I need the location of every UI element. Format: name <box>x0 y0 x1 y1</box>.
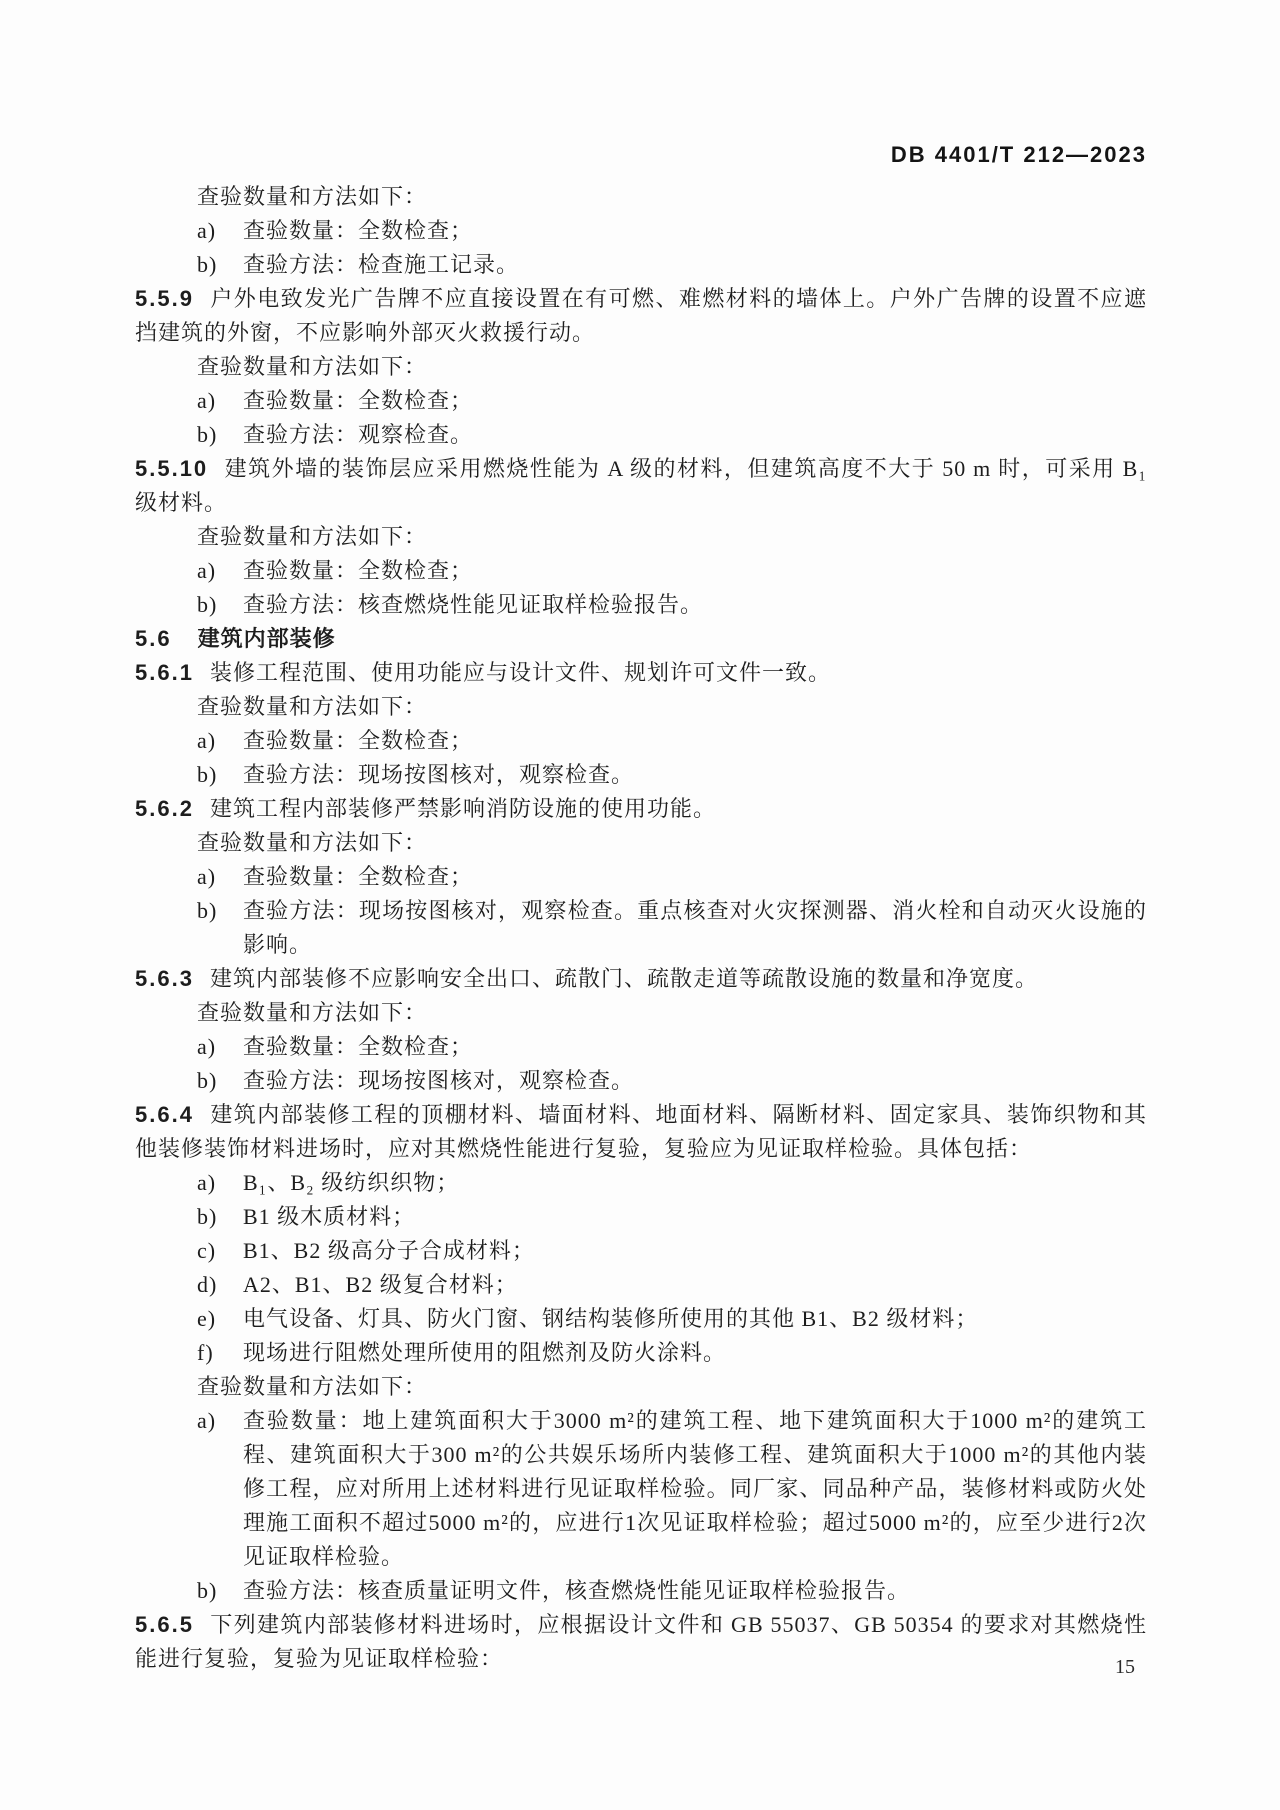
list-item: a)查验数量：全数检查； <box>135 214 1147 248</box>
list-item: b)查验方法：观察检查。 <box>135 418 1147 452</box>
standard-number: DB 4401/T 212—2023 <box>891 142 1147 167</box>
list-item: b)查验方法：核查质量证明文件，核查燃烧性能见证取样检验报告。 <box>135 1574 1147 1608</box>
clause-paragraph: 5.5.9户外电致发光广告牌不应直接设置在有可燃、难燃材料的墙体上。户外广告牌的… <box>135 282 1147 350</box>
list-item: d)A2、B1、B2 级复合材料； <box>135 1268 1147 1302</box>
list-item-text: 现场进行阻燃处理所使用的阻燃剂及防火涂料。 <box>243 1336 1147 1370</box>
section-heading-title: 建筑内部装修 <box>198 626 336 651</box>
list-item-marker: d) <box>197 1268 243 1302</box>
list-item: a)查验数量：全数检查； <box>135 1030 1147 1064</box>
inspection-intro-line: 查验数量和方法如下： <box>135 826 1147 860</box>
clause-text: 建筑内部装修工程的顶棚材料、墙面材料、地面材料、隔断材料、固定家具、装饰织物和其… <box>135 1102 1147 1161</box>
list-item-marker: a) <box>197 1166 243 1200</box>
clause-number: 5.6.5 <box>135 1612 194 1637</box>
list-item: b)查验方法：现场按图核对，观察检查。 <box>135 1064 1147 1098</box>
clause-number: 5.6.2 <box>135 796 194 821</box>
clause-text: 建筑工程内部装修严禁影响消防设施的使用功能。 <box>210 796 716 821</box>
list-item-marker: b) <box>197 588 243 622</box>
clause-paragraph: 5.5.10建筑外墙的装饰层应采用燃烧性能为 A 级的材料，但建筑高度不大于 5… <box>135 452 1147 520</box>
page-header: DB 4401/T 212—2023 <box>135 140 1147 170</box>
clause-paragraph: 5.6.1装修工程范围、使用功能应与设计文件、规划许可文件一致。 <box>135 656 1147 690</box>
list-item-text: 查验方法：现场按图核对，观察检查。 <box>243 1064 1147 1098</box>
list-item-text: 查验方法：现场按图核对，观察检查。重点核查对火灾探测器、消火栓和自动灭火设施的影… <box>243 894 1147 962</box>
list-item: b)查验方法：检查施工记录。 <box>135 248 1147 282</box>
list-item-marker: a) <box>197 384 243 418</box>
list-item-marker: b) <box>197 1574 243 1608</box>
list-item-marker: a) <box>197 1404 243 1574</box>
clause-text: 装修工程范围、使用功能应与设计文件、规划许可文件一致。 <box>210 660 831 685</box>
clause-number: 5.5.9 <box>135 286 194 311</box>
clause-text: 建筑外墙的装饰层应采用燃烧性能为 A 级的材料，但建筑高度不大于 50 m 时，… <box>135 456 1147 515</box>
clause-paragraph: 5.6.5下列建筑内部装修材料进场时，应根据设计文件和 GB 55037、GB … <box>135 1608 1147 1676</box>
list-item-marker: f) <box>197 1336 243 1370</box>
clause-text: 建筑内部装修不应影响安全出口、疏散门、疏散走道等疏散设施的数量和净宽度。 <box>210 966 1038 991</box>
list-item: b)B1 级木质材料； <box>135 1200 1147 1234</box>
list-item-marker: c) <box>197 1234 243 1268</box>
list-item: b)查验方法：核查燃烧性能见证取样检验报告。 <box>135 588 1147 622</box>
clause-text: 下列建筑内部装修材料进场时，应根据设计文件和 GB 55037、GB 50354… <box>135 1612 1147 1671</box>
list-item-text: 查验数量：全数检查； <box>243 1030 1147 1064</box>
list-item-text: 查验方法：现场按图核对，观察检查。 <box>243 758 1147 792</box>
clause-paragraph: 5.6.3建筑内部装修不应影响安全出口、疏散门、疏散走道等疏散设施的数量和净宽度… <box>135 962 1147 996</box>
inspection-intro-line: 查验数量和方法如下： <box>135 520 1147 554</box>
inspection-intro-line: 查验数量和方法如下： <box>135 180 1147 214</box>
list-item: a)查验数量：全数检查； <box>135 384 1147 418</box>
list-item-text: 查验数量：全数检查； <box>243 860 1147 894</box>
clause-number: 5.6.3 <box>135 966 194 991</box>
list-item: a)查验数量：全数检查； <box>135 554 1147 588</box>
list-item-text: 查验方法：观察检查。 <box>243 418 1147 452</box>
page-number: 15 <box>1115 1650 1135 1684</box>
inspection-intro-line: 查验数量和方法如下： <box>135 350 1147 384</box>
inspection-intro-line: 查验数量和方法如下： <box>135 1370 1147 1404</box>
list-item-marker: e) <box>197 1302 243 1336</box>
clause-number: 5.5.10 <box>135 456 208 481</box>
list-item-marker: a) <box>197 554 243 588</box>
section-heading-number: 5.6 <box>135 626 172 651</box>
clause-number: 5.6.4 <box>135 1102 194 1127</box>
list-item-marker: b) <box>197 758 243 792</box>
clause-number: 5.6.1 <box>135 660 194 685</box>
clause-paragraph: 5.6.2建筑工程内部装修严禁影响消防设施的使用功能。 <box>135 792 1147 826</box>
list-item-text: B1、B2 级高分子合成材料； <box>243 1234 1147 1268</box>
list-item-text: 查验方法：核查燃烧性能见证取样检验报告。 <box>243 588 1147 622</box>
list-item-marker: b) <box>197 1064 243 1098</box>
list-item-marker: b) <box>197 894 243 962</box>
list-item: b)查验方法：现场按图核对，观察检查。重点核查对火灾探测器、消火栓和自动灭火设施… <box>135 894 1147 962</box>
list-item-text: A2、B1、B2 级复合材料； <box>243 1268 1147 1302</box>
list-item: e)电气设备、灯具、防火门窗、钢结构装修所使用的其他 B1、B2 级材料； <box>135 1302 1147 1336</box>
list-item: f)现场进行阻燃处理所使用的阻燃剂及防火涂料。 <box>135 1336 1147 1370</box>
list-item-marker: a) <box>197 214 243 248</box>
clause-paragraph: 5.6.4建筑内部装修工程的顶棚材料、墙面材料、地面材料、隔断材料、固定家具、装… <box>135 1098 1147 1166</box>
list-item: c)B1、B2 级高分子合成材料； <box>135 1234 1147 1268</box>
document-page: DB 4401/T 212—2023 查验数量和方法如下：a)查验数量：全数检查… <box>0 0 1280 1810</box>
list-item-marker: b) <box>197 418 243 452</box>
list-item-text: B1 级木质材料； <box>243 1200 1147 1234</box>
list-item: a)查验数量：全数检查； <box>135 860 1147 894</box>
list-item-text: 查验数量：全数检查； <box>243 384 1147 418</box>
section-heading: 5.6建筑内部装修 <box>135 622 1147 656</box>
document-body: 查验数量和方法如下：a)查验数量：全数检查；b)查验方法：检查施工记录。5.5.… <box>135 180 1147 1676</box>
clause-text: 户外电致发光广告牌不应直接设置在有可燃、难燃材料的墙体上。户外广告牌的设置不应遮… <box>135 286 1147 345</box>
inspection-intro-line: 查验数量和方法如下： <box>135 996 1147 1030</box>
list-item-text: 查验数量：全数检查； <box>243 554 1147 588</box>
list-item-marker: a) <box>197 860 243 894</box>
list-item-text: 查验方法：检查施工记录。 <box>243 248 1147 282</box>
list-item: b)查验方法：现场按图核对，观察检查。 <box>135 758 1147 792</box>
list-item-marker: a) <box>197 724 243 758</box>
list-item-text: 查验方法：核查质量证明文件，核查燃烧性能见证取样检验报告。 <box>243 1574 1147 1608</box>
list-item-marker: a) <box>197 1030 243 1064</box>
inspection-intro-line: 查验数量和方法如下： <box>135 690 1147 724</box>
list-item: a)查验数量：地上建筑面积大于3000 m²的建筑工程、地下建筑面积大于1000… <box>135 1404 1147 1574</box>
list-item-marker: b) <box>197 248 243 282</box>
list-item: a)B₁、B₂ 级纺织织物； <box>135 1166 1147 1200</box>
list-item-text: 查验数量：全数检查； <box>243 724 1147 758</box>
list-item: a)查验数量：全数检查； <box>135 724 1147 758</box>
list-item-marker: b) <box>197 1200 243 1234</box>
list-item-text: B₁、B₂ 级纺织织物； <box>243 1166 1147 1200</box>
list-item-text: 查验数量：全数检查； <box>243 214 1147 248</box>
list-item-text: 电气设备、灯具、防火门窗、钢结构装修所使用的其他 B1、B2 级材料； <box>243 1302 1147 1336</box>
list-item-text: 查验数量：地上建筑面积大于3000 m²的建筑工程、地下建筑面积大于1000 m… <box>243 1404 1147 1574</box>
